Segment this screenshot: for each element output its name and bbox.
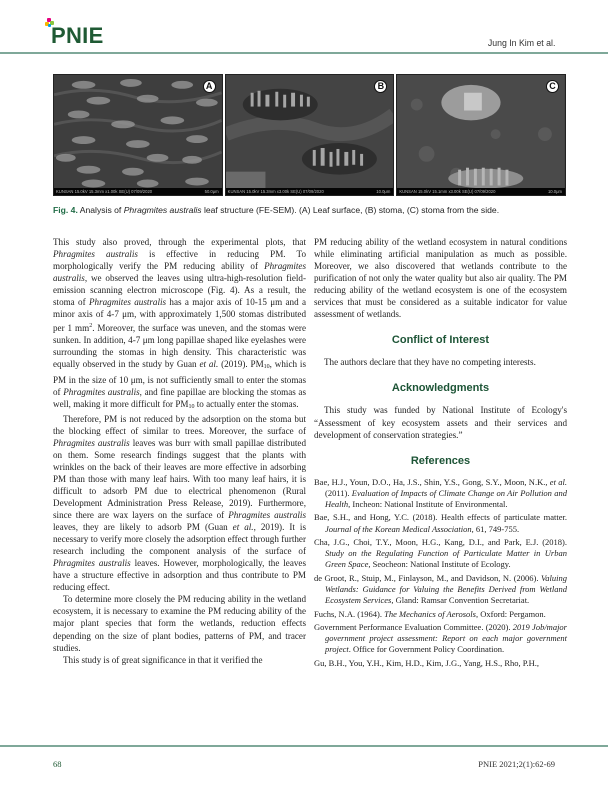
panel-label-c: C [546,80,559,93]
sem-metadata: KUNSAN 15.0kV 15.1mm x3.00k SE(U) 07/09/… [399,189,495,194]
scale-value: 10.0μm [376,188,390,195]
paragraph: This study also proved, through the expe… [53,236,306,413]
sem-metadata: KUNSAN 15.0kV 15.3mm x3.00k SE(U) 07/09/… [228,189,324,194]
figure-caption: Fig. 4. Analysis of Phragmites australis… [53,205,573,215]
scalebar-a: KUNSAN 15.0kV 15.3mm x1.00k SE(U) 07/09/… [54,188,222,195]
scalebar-c: KUNSAN 15.0kV 15.1mm x3.00k SE(U) 07/09/… [397,188,565,195]
reference-list: Bae, H.J., Youn, D.O., Ha, J.S., Shin, Y… [314,477,567,669]
reference-item: Fuchs, N.A. (1964). The Mechanics of Aer… [314,609,567,620]
reference-item: de Groot, R., Stuip, M., Finlayson, M., … [314,573,567,607]
paragraph: PM reducing ability of the wetland ecosy… [314,236,567,320]
figure-panel-c: C KUNSAN 15.0kV 15.1mm x3.00k SE(U) 07/0… [396,74,566,196]
reference-item: Bae, H.J., Youn, D.O., Ha, J.S., Shin, Y… [314,477,567,511]
figure-4: A KUNSAN 15.0kV 15.3mm x1.00k SE(U) 07/0… [53,74,566,196]
figure-label: Fig. 4. [53,205,78,215]
scale-value: 10.0μm [548,188,562,195]
acknowledgments-text: This study was funded by National Instit… [314,404,567,440]
sem-stoma-image [226,75,394,195]
scalebar-b: KUNSAN 15.0kV 15.3mm x3.00k SE(U) 07/09/… [226,188,394,195]
panel-label-a: A [203,80,216,93]
header-divider [0,52,608,54]
scale-value: 50.0μm [205,188,219,195]
page-header: PNIE Jung In Kim et al. [0,0,608,54]
reference-item: Bae, S.H., and Hong, Y.C. (2018). Health… [314,512,567,534]
figure-panel-a: A KUNSAN 15.0kV 15.3mm x1.00k SE(U) 07/0… [53,74,223,196]
paragraph: Therefore, PM is not reduced by the adso… [53,413,306,594]
caption-text: leaf structure (FE-SEM). (A) Leaf surfac… [202,205,500,215]
running-author: Jung In Kim et al. [487,38,555,49]
paragraph: To determine more closely the PM reducin… [53,593,306,653]
sem-stoma-side-image [397,75,565,195]
right-column: PM reducing ability of the wetland ecosy… [314,236,567,671]
reference-item: Government Performance Evaluation Commit… [314,622,567,656]
figure-panel-b: B KUNSAN 15.0kV 15.3mm x3.00k SE(U) 07/0… [225,74,395,196]
left-column: This study also proved, through the expe… [53,236,306,666]
caption-text: Analysis of [78,205,124,215]
sem-metadata: KUNSAN 15.0kV 15.3mm x1.00k SE(U) 07/09/… [56,189,152,194]
paragraph: This study is of great significance in t… [53,654,306,666]
footer-divider [0,745,608,747]
conflict-of-interest-text: The authors declare that they have no co… [314,356,567,368]
heading-references: References [314,455,567,467]
logo-text: PNIE [51,25,104,47]
reference-item: Gu, B.H., You, Y.H., Kim, H.D., Kim, J.G… [314,658,567,669]
page-number: 68 [53,759,62,769]
heading-conflict-of-interest: Conflict of Interest [314,334,567,346]
sem-leaf-surface-image [54,75,222,195]
reference-item: Cha, J.G., Choi, T.Y., Moon, H.G., Kang,… [314,537,567,571]
journal-citation: PNIE 2021;2(1):62-69 [478,759,555,769]
caption-species: Phragmites australis [124,205,202,215]
heading-acknowledgments: Acknowledgments [314,382,567,394]
